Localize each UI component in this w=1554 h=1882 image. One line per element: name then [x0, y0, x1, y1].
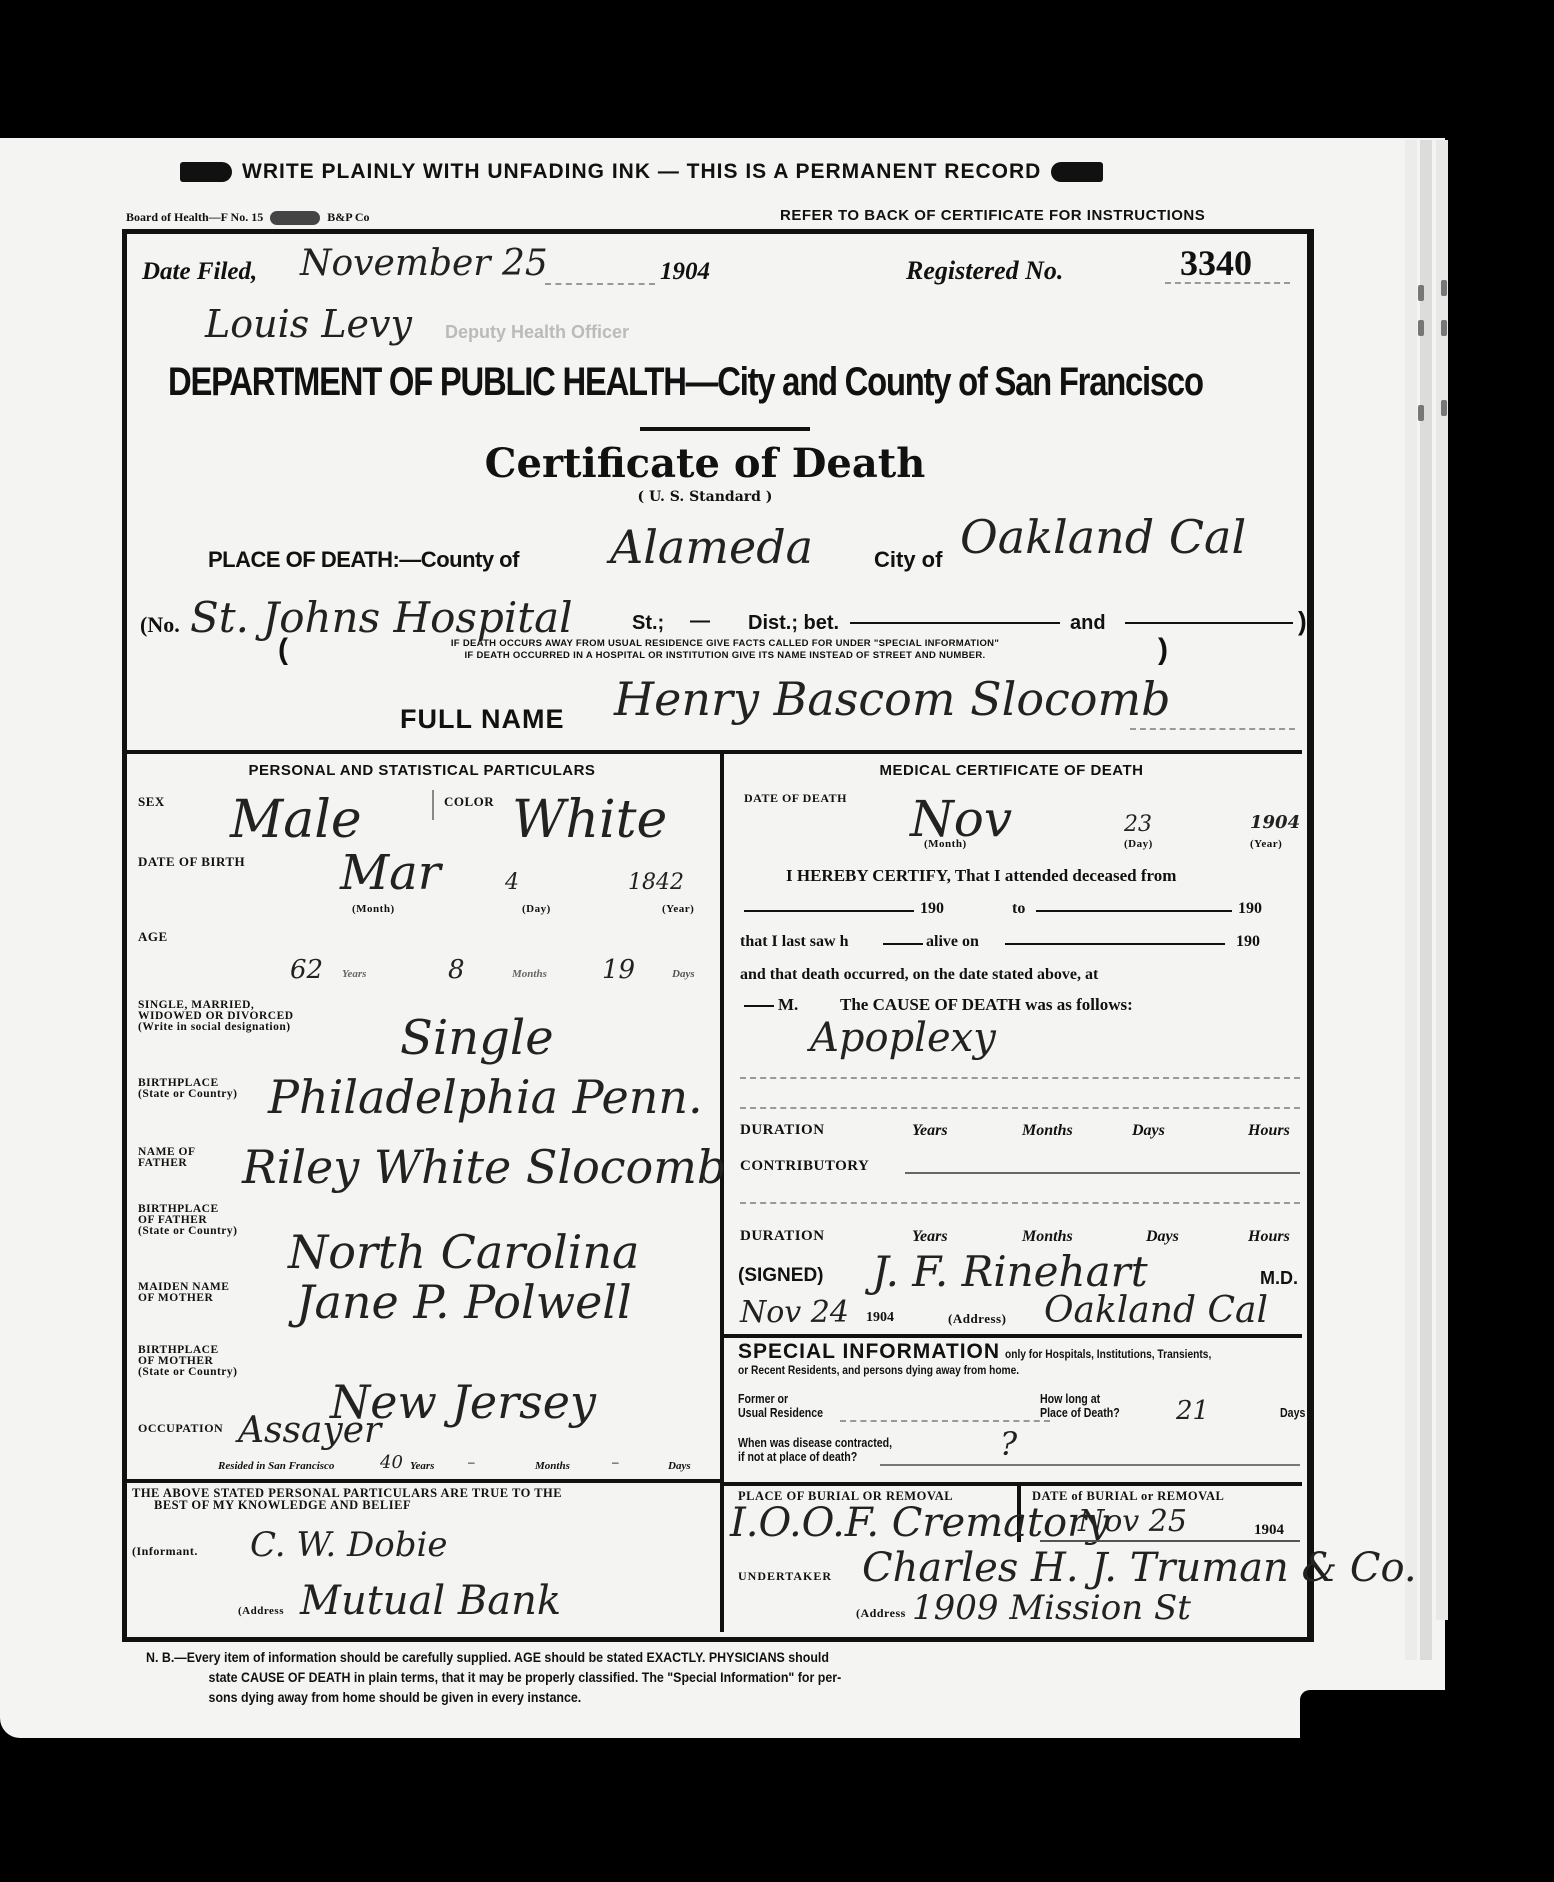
burial-date-label: DATE of BURIAL or REMOVAL	[1032, 1490, 1224, 1503]
am-pm-label: M.	[778, 995, 798, 1015]
occupation-label: OCCUPATION	[138, 1422, 223, 1435]
dob-month: Mar	[340, 845, 441, 901]
dod-day: 23	[1124, 812, 1152, 837]
contracted-label-2: if not at place of death?	[738, 1450, 892, 1464]
ink-warning: WRITE PLAINLY WITH UNFADING INK — THIS I…	[180, 160, 1290, 184]
street-no-label: (No.	[140, 612, 180, 638]
color-value: White	[512, 790, 667, 850]
footnote: N. B.—Every item of information should b…	[146, 1648, 841, 1708]
contracted-label-1: When was disease contracted,	[738, 1436, 892, 1450]
former-label-2: Usual Residence	[738, 1406, 823, 1420]
section-divider	[127, 750, 1302, 754]
duration-label-1: DURATION	[740, 1124, 825, 1137]
blank-line	[740, 1107, 1300, 1109]
sex-value: Male	[230, 790, 362, 850]
signed-year: 1904	[866, 1310, 894, 1326]
year-prefix-2: 190	[1238, 900, 1262, 918]
father-birthplace-value: North Carolina	[288, 1225, 639, 1279]
county-value: Alameda	[610, 520, 813, 574]
contracted-value: ?	[1000, 1425, 1017, 1463]
binding-mark	[1418, 405, 1424, 421]
alive-on-label: alive on	[926, 933, 979, 951]
to-label: to	[1012, 900, 1025, 918]
special-heading-line2: or Recent Residents, and persons dying a…	[738, 1363, 1019, 1377]
place-instructions: IF DEATH OCCURS AWAY FROM USUAL RESIDENC…	[300, 638, 1150, 662]
certify-line: I HEREBY CERTIFY, That I attended deceas…	[786, 866, 1176, 886]
page-edge	[1436, 140, 1448, 1620]
months-label: Months	[512, 968, 547, 980]
standard-subtitle: ( U. S. Standard )	[420, 489, 990, 505]
duration-years-2: Years	[912, 1228, 948, 1246]
st-value: —	[690, 610, 710, 633]
year-prefix-1: 190	[920, 900, 944, 918]
contracted-label: When was disease contracted, if not at p…	[738, 1436, 892, 1464]
date-filed-year: 1904	[660, 258, 710, 286]
footnote-line-1: N. B.—Every item of information should b…	[146, 1648, 841, 1668]
dob-label: DATE OF BIRTH	[138, 855, 245, 868]
duration-days-2: Days	[1146, 1228, 1179, 1246]
close-paren: )	[1298, 606, 1307, 637]
undertaker-label: UNDERTAKER	[738, 1570, 832, 1583]
father-bp-label-3: (State or Country)	[138, 1226, 238, 1237]
special-heading: SPECIAL INFORMATION only for Hospitals, …	[738, 1340, 1247, 1364]
how-long-value: 21	[1176, 1396, 1209, 1426]
physician-address-label: (Address)	[948, 1312, 1006, 1325]
how-long-label: How long at Place of Death?	[1040, 1392, 1120, 1420]
place-of-death-label: PLACE OF DEATH:—County of	[208, 547, 519, 573]
dod-label: DATE OF DEATH	[744, 792, 847, 805]
informant-value: C. W. Dobie	[250, 1525, 448, 1565]
district-label: Dist.; bet.	[748, 612, 839, 635]
informant-label: (Informant.	[132, 1545, 198, 1558]
undertaker-value: Charles H. J. Truman & Co.	[862, 1545, 1417, 1591]
blank-line	[744, 1005, 774, 1007]
medical-heading: MEDICAL CERTIFICATE OF DEATH	[724, 762, 1299, 779]
year-caption: (Year)	[662, 903, 694, 916]
signed-label: (SIGNED)	[738, 1265, 824, 1287]
binding-mark	[1441, 320, 1447, 336]
footnote-line-3: sons dying away from home should be give…	[146, 1688, 841, 1708]
blank-line	[1036, 910, 1232, 912]
resided-years-label: Years	[410, 1460, 434, 1472]
former-label-1: Former or	[738, 1392, 823, 1406]
pointing-hand-icon	[1051, 162, 1103, 182]
special-heading-rest: only for Hospitals, Institutions, Transi…	[1005, 1347, 1211, 1361]
binding-mark	[1418, 285, 1424, 301]
binding-mark	[1441, 280, 1447, 296]
officer-title-stamp: Deputy Health Officer	[445, 322, 629, 343]
dod-year-caption: (Year)	[1250, 838, 1282, 851]
age-days: 19	[602, 955, 635, 985]
duration-months-2: Months	[1022, 1228, 1073, 1246]
father-label: NAME OF FATHER	[138, 1147, 195, 1169]
resided-label: Resided in San Francisco	[218, 1460, 334, 1472]
blank-line	[744, 910, 914, 912]
resided-months-label: Months	[535, 1460, 570, 1472]
st-label: St.;	[632, 612, 664, 635]
former-residence-label: Former or Usual Residence	[738, 1392, 823, 1420]
department-title: DEPARTMENT OF PUBLIC HEALTH—City and Cou…	[168, 360, 1095, 405]
sex-color-divider	[432, 790, 434, 820]
resided-days-label: Days	[668, 1460, 691, 1472]
blank-line	[740, 1202, 1300, 1204]
duration-months-1: Months	[1022, 1122, 1073, 1140]
union-seal-icon	[270, 211, 320, 225]
refer-note: REFER TO BACK OF CERTIFICATE FOR INSTRUC…	[780, 207, 1205, 224]
duration-years-1: Years	[912, 1122, 948, 1140]
year-prefix-3: 190	[1236, 933, 1260, 951]
full-name-value: Henry Bascom Slocomb	[614, 672, 1171, 726]
mother-value: Jane P. Polwell	[296, 1275, 632, 1329]
city-label: City of	[874, 547, 942, 573]
mother-bp-label-3: (State or Country)	[138, 1367, 238, 1378]
district-blank	[850, 622, 1060, 624]
occupation-value: Assayer	[238, 1410, 381, 1451]
birthplace-value: Philadelphia Penn.	[268, 1070, 703, 1124]
resided-years: 40	[380, 1452, 403, 1473]
father-label-2: FATHER	[138, 1158, 195, 1169]
how-long-unit: Days	[1280, 1406, 1305, 1420]
informant-statement: THE ABOVE STATED PERSONAL PARTICULARS AR…	[132, 1487, 562, 1511]
dod-month-caption: (Month)	[924, 838, 967, 851]
page-edge	[1420, 140, 1432, 1660]
personal-heading: PERSONAL AND STATISTICAL PARTICULARS	[127, 762, 717, 779]
informant-divider	[127, 1479, 720, 1483]
blank-line	[1165, 282, 1290, 284]
last-saw-label: that I last saw h	[740, 933, 848, 951]
duration-days-1: Days	[1132, 1122, 1165, 1140]
printer-text: B&P Co	[327, 210, 369, 224]
mother-label-2: OF MOTHER	[138, 1293, 229, 1304]
special-divider	[724, 1334, 1302, 1338]
how-long-label-2: Place of Death?	[1040, 1406, 1120, 1420]
footnote-line-2: state CAUSE OF DEATH in plain terms, tha…	[146, 1668, 841, 1688]
physician-address-value: Oakland Cal	[1044, 1290, 1268, 1331]
duration-hours-1: Hours	[1248, 1122, 1290, 1140]
blank-line	[880, 1464, 1300, 1466]
age-label: AGE	[138, 930, 168, 943]
sex-label: SEX	[138, 795, 165, 808]
informant-address-label: (Address	[238, 1605, 284, 1618]
marital-value: Single	[400, 1010, 554, 1066]
dod-year: 1904	[1250, 812, 1300, 833]
statement-line-2: BEST OF MY KNOWLEDGE AND BELIEF	[132, 1499, 562, 1511]
cause-label: The CAUSE OF DEATH was as follows:	[840, 995, 1133, 1015]
father-value: Riley White Slocomb	[242, 1140, 726, 1194]
day-caption: (Day)	[522, 903, 551, 916]
color-label: COLOR	[444, 795, 494, 808]
page-edge	[1405, 140, 1417, 1660]
place-note-1: IF DEATH OCCURS AWAY FROM USUAL RESIDENC…	[300, 638, 1150, 650]
birthplace-label-2: (State or Country)	[138, 1089, 238, 1100]
father-birthplace-label: BIRTHPLACE OF FATHER (State or Country)	[138, 1204, 238, 1237]
resided-months: –	[468, 1455, 475, 1469]
birthplace-label: BIRTHPLACE (State or Country)	[138, 1078, 238, 1100]
and-blank	[1125, 622, 1293, 624]
blank-line	[1040, 1540, 1300, 1542]
burial-date-value: Nov 25	[1078, 1504, 1187, 1539]
binding-mark	[1441, 400, 1447, 416]
undertaker-address-value: 1909 Mission St	[912, 1588, 1191, 1628]
special-heading-main: SPECIAL INFORMATION	[738, 1340, 1000, 1363]
pointing-hand-icon	[180, 162, 232, 182]
resided-days: –	[612, 1455, 619, 1469]
death-occurred-label: and that death occurred, on the date sta…	[740, 966, 1098, 984]
date-filed-label: Date Filed,	[142, 258, 257, 286]
binder-shadow	[1300, 1690, 1450, 1740]
registered-number: 3340	[1180, 242, 1252, 284]
md-label: M.D.	[1260, 1268, 1298, 1289]
burial-divider	[724, 1482, 1302, 1486]
duration-label-2: DURATION	[740, 1230, 825, 1243]
blank-line	[1005, 943, 1225, 945]
dod-day-caption: (Day)	[1124, 838, 1153, 851]
form-number: Board of Health—F No. 15 B&P Co	[126, 210, 370, 225]
blank-line	[905, 1172, 1300, 1174]
blank-line	[740, 1077, 1300, 1079]
age-years: 62	[290, 955, 323, 985]
registered-label: Registered No.	[906, 256, 1063, 286]
month-caption: (Month)	[352, 903, 395, 916]
place-note-2: IF DEATH OCCURRED IN A HOSPITAL OR INSTI…	[300, 650, 1150, 662]
former-residence-blank	[840, 1420, 1050, 1422]
physician-signature: J. F. Rinehart	[872, 1247, 1148, 1296]
warning-text: WRITE PLAINLY WITH UNFADING INK — THIS I…	[242, 160, 1041, 184]
form-number-text: Board of Health—F No. 15	[126, 210, 263, 224]
mother-birthplace-label: BIRTHPLACE OF MOTHER (State or Country)	[138, 1345, 238, 1378]
close-bracket: )	[1158, 633, 1168, 667]
dob-year: 1842	[628, 870, 684, 895]
blank-line	[545, 283, 655, 285]
undertaker-address-label: (Address	[856, 1607, 906, 1620]
blank-line	[883, 943, 923, 945]
certificate-title: Certificate of Death	[420, 440, 990, 487]
street-value: St. Johns Hospital	[190, 593, 573, 642]
officer-signature: Louis Levy	[205, 302, 412, 346]
dob-day: 4	[505, 870, 519, 895]
and-label: and	[1070, 612, 1106, 635]
how-long-label-1: How long at	[1040, 1392, 1120, 1406]
contributory-label: CONTRIBUTORY	[740, 1160, 869, 1173]
title-rule	[640, 427, 810, 431]
signed-date: Nov 24	[740, 1295, 849, 1330]
duration-hours-2: Hours	[1248, 1228, 1290, 1246]
marital-label-3: (Write in social designation)	[138, 1022, 294, 1033]
binding-mark	[1418, 320, 1424, 336]
mother-label: MAIDEN NAME OF MOTHER	[138, 1282, 229, 1304]
marital-label: SINGLE, MARRIED, WIDOWED OR DIVORCED (Wr…	[138, 1000, 294, 1033]
burial-year: 1904	[1254, 1522, 1284, 1539]
full-name-label: FULL NAME	[400, 704, 565, 735]
city-value: Oakland Cal	[960, 510, 1246, 564]
age-months: 8	[448, 955, 465, 985]
blank-line	[1130, 728, 1295, 730]
cause-value: Apoplexy	[810, 1015, 996, 1061]
days-label: Days	[672, 968, 695, 980]
open-bracket: (	[278, 633, 288, 667]
date-filed-value: November 25	[300, 243, 548, 284]
years-label: Years	[342, 968, 366, 980]
informant-address-value: Mutual Bank	[300, 1578, 561, 1624]
